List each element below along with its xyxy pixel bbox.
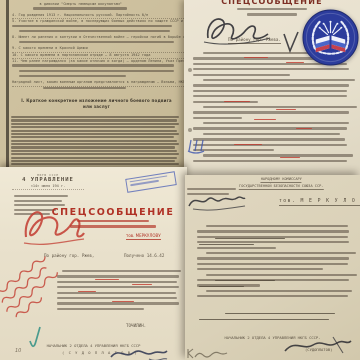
typed-line [11,150,177,152]
typed-line [193,84,349,86]
archive-emblem-icon [302,9,359,66]
typed-line [57,308,144,310]
typed-line [203,79,355,81]
typed-line [193,160,347,162]
red-underline-mark [280,157,300,158]
typed-line [12,64,174,66]
pencil-note-handwriting [185,345,231,360]
punch-hole [188,128,192,132]
red-underline-mark [296,128,312,129]
red-underline-mark [112,301,134,302]
typed-line [77,220,149,222]
typed-line [11,140,177,142]
typed-line [11,143,179,145]
registration-stamp [125,171,177,193]
typed-line [57,286,179,288]
award-section-heading: I. Краткое конкретное изложение личного … [10,98,183,109]
ink-signature-footer [283,335,353,357]
typed-line [206,274,357,276]
typed-line [197,230,349,232]
received-note: Получено 14.6.42 [124,253,164,258]
typed-line [11,163,179,165]
blue-margin-mark [186,138,206,154]
typed-line [57,292,176,294]
typed-line [11,157,177,159]
pencil-underline [199,286,244,287]
date-line: «14» июня 194 г. [12,184,84,190]
typed-line [11,153,179,155]
addressee-line-2: ГОСУДАРСТВЕННОЙ БЕЗОПАСНОСТИ СОЮЗА ССР- [239,184,323,190]
page-number-pencil: 10 [15,348,21,354]
red-underline-mark [244,57,268,58]
typed-line [193,144,347,146]
award-sheet-page: в дивизии "Смерть немецким оккупантам" 4… [0,0,187,178]
typed-line [43,87,126,89]
addressee-name: тов. М Е Р К У Л О В У. [279,199,360,206]
typed-line [14,200,62,202]
typed-line [19,30,170,32]
typed-line [11,126,175,128]
typed-line [70,225,156,227]
red-underline-mark [78,291,96,292]
typed-line [19,75,126,77]
typed-line [193,138,345,140]
report-body-paragraphs [197,225,354,300]
typed-line [11,136,174,138]
addressee-name: тов. МЕРКУЛОВУ [126,233,161,240]
report-title: СПЕЦСООБЩЕНИЕ [52,207,175,218]
scan-edge [6,0,9,178]
report-subject: По району гор. Ржева. [228,37,281,44]
heading-line-2: или заслуг [10,104,183,110]
typed-line [197,268,323,270]
signoff-name: ТОЧИЛИН. [126,323,146,328]
typed-line [14,195,68,197]
typed-line [11,133,179,135]
addressee-line-1: НАРОДНОМУ КОМИССАРУ [261,177,302,183]
typed-line [62,270,181,272]
red-underline-mark [95,279,119,280]
typed-line [11,119,177,121]
typed-line [11,130,177,132]
typed-line [193,74,290,76]
letterhead-block: НКГБ СССР 4 УПРАВЛЕНИЕ «14» июня 194 г. [12,173,84,190]
report-title: СПЕЦСООБЩЕНИЕ [221,0,323,6]
typed-line [203,106,357,108]
typed-line [57,302,179,304]
document-collage: в дивизии "Смерть немецким оккупантам" 4… [0,0,360,360]
handwritten-signature-top [187,189,247,213]
award-form-rows: в дивизии "Смерть немецким оккупантам" 4… [12,2,184,92]
pencil-underline [199,319,329,320]
typed-line [203,122,349,124]
teal-checkmark [28,325,42,351]
typed-line [193,111,349,113]
typed-line [193,95,347,97]
red-underline-mark [234,144,262,145]
form-line: 8. Имеет ли ранения и контузии в Отечест… [12,35,184,40]
pencil-underline [215,238,285,239]
typed-line [197,263,348,265]
typed-line [193,68,349,70]
pencil-underline [215,280,275,281]
red-underline-mark [224,101,250,102]
typed-line [203,154,354,156]
typed-line [206,252,355,254]
department-name: 4 УПРАВЛЕНИЕ [12,177,84,183]
report-body-paragraphs [193,52,355,165]
typed-line [11,146,175,148]
typed-line [237,8,307,10]
red-underline-mark [276,109,296,110]
typed-line [12,25,172,27]
red-underline-mark [132,284,152,285]
typed-line [193,127,347,129]
typed-line [57,297,177,299]
pencil-underline [199,244,254,245]
red-underline-mark [254,119,276,120]
report-to-commissar-page: НАРОДНОМУ КОМИССАРУ ГОСУДАРСТВЕННОЙ БЕЗО… [185,175,360,360]
typed-line [197,295,348,297]
typed-line [206,225,347,227]
heading-line-1: I. Краткое конкретное изложение личного … [10,98,183,104]
report-addressee-lines [68,220,158,231]
typed-line [11,116,179,118]
typed-line [193,117,242,119]
award-body-paragraph [11,116,184,173]
typed-line [57,275,179,277]
ink-signature-footer [108,345,170,360]
punch-hole [188,68,192,72]
typed-line [19,41,174,43]
typed-line [193,90,347,92]
report-body-paragraph [57,270,181,313]
form-line: 5. Участие в гражданской войне, в послед… [12,19,184,24]
typed-line [206,290,352,292]
typed-line [19,70,174,72]
typed-line [197,247,276,249]
special-report-bottom-page: НКГБ СССР 4 УПРАВЛЕНИЕ «14» июня 194 г. … [0,167,187,360]
typed-line [33,7,128,9]
form-line: Наградной лист, каким военным органом пр… [12,80,184,86]
typed-line [203,133,341,135]
typed-line [197,257,349,259]
pencil-underline [225,313,335,314]
checkmark-v-annotation [283,31,299,53]
typed-line [11,160,175,162]
typed-line [11,123,179,125]
